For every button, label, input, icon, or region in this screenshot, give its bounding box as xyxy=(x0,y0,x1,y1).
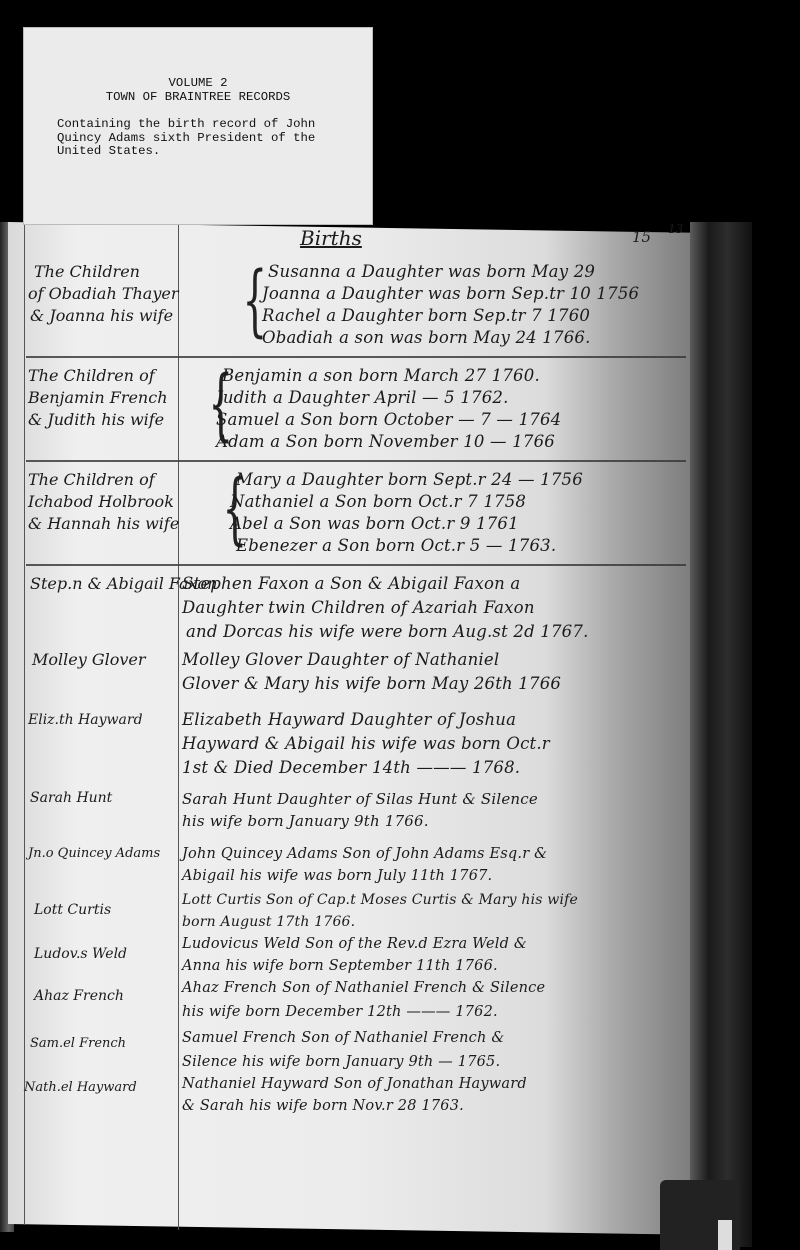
family-label-line: & Hannah his wife xyxy=(28,514,179,533)
birth-entry: Abel a Son was born Oct.r 9 1761 xyxy=(230,514,519,533)
archive-label-card: VOLUME 2 TOWN OF BRAINTREE RECORDS Conta… xyxy=(24,28,372,224)
family-label-line: Benjamin French xyxy=(28,388,168,407)
record-label: Sarah Hunt xyxy=(30,790,112,806)
record-line: Samuel French Son of Nathaniel French & xyxy=(182,1030,504,1046)
page-number: 15 xyxy=(632,228,651,246)
section-divider xyxy=(26,460,686,462)
birth-entry: Susanna a Daughter was born May 29 xyxy=(268,262,595,281)
record-line: 1st & Died December 14th ——— 1768. xyxy=(182,758,520,777)
record-line-jqa: John Quincey Adams Son of John Adams Esq… xyxy=(182,846,547,862)
record-line: & Sarah his wife born Nov.r 28 1763. xyxy=(182,1098,464,1114)
birth-entry: Mary a Daughter born Sept.r 24 — 1756 xyxy=(236,470,583,489)
record-line: born August 17th 1766. xyxy=(182,914,355,930)
family-label-line: of Obadiah Thayer xyxy=(28,284,179,303)
section-divider xyxy=(26,356,686,358)
family-label-line: & Joanna his wife xyxy=(30,306,173,325)
family-label-line: The Children of xyxy=(28,366,155,385)
page-number-alt: 13 xyxy=(668,222,683,236)
birth-entry: Rachel a Daughter born Sep.tr 7 1760 xyxy=(262,306,590,325)
record-line: Glover & Mary his wife born May 26th 176… xyxy=(182,674,561,693)
family-label-line: Ichabod Holbrook xyxy=(28,492,174,511)
birth-entry: Adam a Son born November 10 — 1766 xyxy=(216,432,555,451)
record-line: and Dorcas his wife were born Aug.st 2d … xyxy=(186,622,589,641)
record-line: Elizabeth Hayward Daughter of Joshua xyxy=(182,710,516,729)
record-line: Daughter twin Children of Azariah Faxon xyxy=(182,598,535,617)
records-title: TOWN OF BRAINTREE RECORDS xyxy=(24,90,372,104)
birth-entry: Obadiah a son was born May 24 1766. xyxy=(262,328,591,347)
record-line: Molley Glover Daughter of Nathaniel xyxy=(182,650,499,669)
book-gutter xyxy=(690,222,752,1247)
record-label: Ludov.s Weld xyxy=(34,946,127,962)
birth-entry: Nathaniel a Son born Oct.r 7 1758 xyxy=(230,492,526,511)
record-label: Ahaz French xyxy=(34,988,124,1004)
birth-entry: Samuel a Son born October — 7 — 1764 xyxy=(216,410,561,429)
record-line: Sarah Hunt Daughter of Silas Hunt & Sile… xyxy=(182,790,538,808)
record-line: Anna his wife born September 11th 1766. xyxy=(182,958,498,974)
margin-rule-names xyxy=(178,225,179,1230)
birth-entry: Joanna a Daughter was born Sep.tr 10 175… xyxy=(262,284,639,303)
record-line: his wife born January 9th 1766. xyxy=(182,812,429,830)
record-label: Sam.el French xyxy=(30,1036,126,1051)
record-line: Silence his wife born January 9th — 1765… xyxy=(182,1054,500,1070)
section-divider xyxy=(26,564,686,566)
record-line: Ahaz French Son of Nathaniel French & Si… xyxy=(182,980,545,996)
family-label-line: & Judith his wife xyxy=(28,410,164,429)
family-label-line: The Children of xyxy=(28,470,155,489)
record-label: Eliz.th Hayward xyxy=(28,712,143,728)
birth-entry: Judith a Daughter April — 5 1762. xyxy=(216,388,509,407)
birth-entry: Benjamin a son born March 27 1760. xyxy=(222,366,540,385)
record-label: Lott Curtis xyxy=(34,902,111,918)
record-line: Nathaniel Hayward Son of Jonathan Haywar… xyxy=(182,1076,527,1092)
record-line-jqa: Abigail his wife was born July 11th 1767… xyxy=(182,868,492,884)
volume-title: VOLUME 2 xyxy=(24,76,372,90)
record-label: Molley Glover xyxy=(32,650,146,669)
margin-rule-left xyxy=(24,225,25,1225)
card-description: Containing the birth record of John Quin… xyxy=(57,118,347,159)
record-line: Ludovicus Weld Son of the Rev.d Ezra Wel… xyxy=(182,936,527,952)
birth-entry: Ebenezer a Son born Oct.r 5 — 1763. xyxy=(236,536,556,555)
record-line: Stephen Faxon a Son & Abigail Faxon a xyxy=(182,574,520,593)
record-line: his wife born December 12th ——— 1762. xyxy=(182,1004,498,1020)
ledger-heading: Births xyxy=(300,226,362,250)
record-line: Hayward & Abigail his wife was born Oct.… xyxy=(182,734,550,753)
record-label: Nath.el Hayward xyxy=(24,1080,137,1095)
page-clip-highlight xyxy=(718,1220,732,1250)
record-label-jqa: Jn.o Quincey Adams xyxy=(28,846,160,861)
family-label-line: The Children xyxy=(34,262,140,281)
record-line: Lott Curtis Son of Cap.t Moses Curtis & … xyxy=(182,892,578,908)
